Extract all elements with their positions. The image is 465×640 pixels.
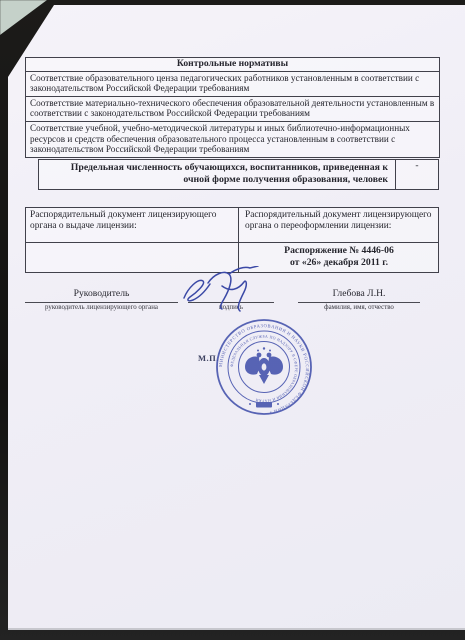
double-headed-eagle-icon — [245, 347, 283, 384]
role-caption: руководитель лицензирующего органа — [25, 304, 178, 311]
name-signature-line — [298, 286, 420, 303]
max-enrollment-table: Предельная численность обучающихся, восп… — [38, 159, 439, 190]
role-signature-line — [25, 286, 178, 303]
table-row: Соответствие учебной, учебно-методическо… — [26, 121, 439, 157]
table-row: Соответствие материально-технического об… — [26, 96, 439, 121]
reissue-order-number: Распоряжение № 4446-06 — [245, 245, 433, 257]
table-row: Распорядительный документ лицензирующего… — [26, 208, 438, 242]
name-caption: фамилия, имя, отчество — [298, 304, 420, 311]
table-row: Соответствие образовательного ценза педа… — [26, 72, 439, 96]
handwritten-signature — [178, 266, 282, 312]
max-enrollment-value: - — [395, 160, 438, 189]
control-normatives-table: Контрольные нормативы Соответствие образ… — [25, 57, 440, 158]
stamp-bottom-banner — [256, 402, 272, 408]
issue-order-header: Распорядительный документ лицензирующего… — [26, 208, 238, 242]
scanner-background: Контрольные нормативы Соответствие образ… — [0, 0, 465, 640]
reissue-order-header: Распорядительный документ лицензирующего… — [238, 208, 438, 242]
document-page: Контрольные нормативы Соответствие образ… — [8, 5, 465, 630]
max-enrollment-label: Предельная численность обучающихся, восп… — [39, 160, 395, 189]
control-normatives-title: Контрольные нормативы — [26, 58, 439, 72]
license-orders-table: Распорядительный документ лицензирующего… — [25, 207, 439, 273]
official-round-stamp: МИНИСТЕРСТВО ОБРАЗОВАНИЯ И НАУКИ РОССИЙС… — [214, 317, 314, 417]
